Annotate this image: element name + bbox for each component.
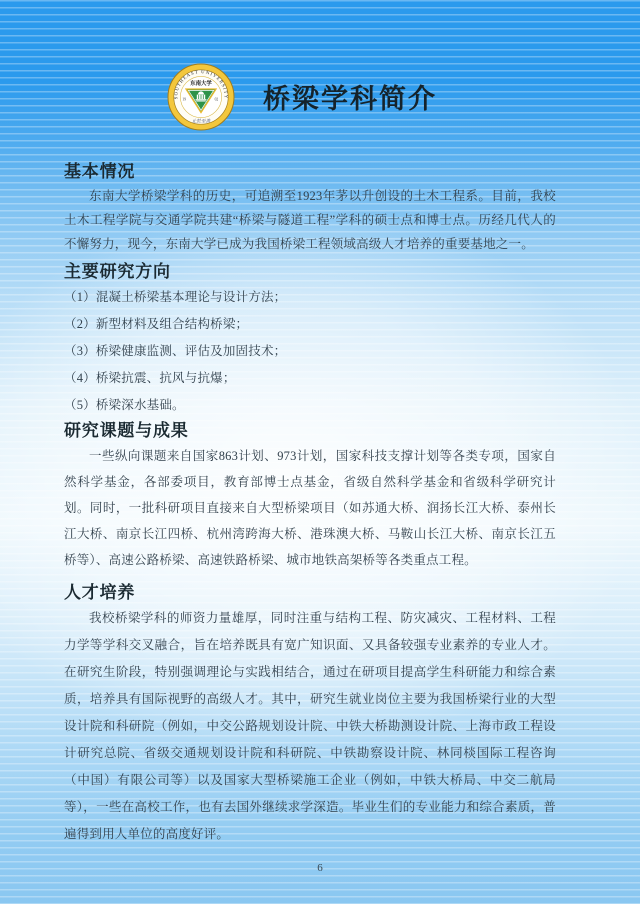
list-item: （4）桥梁抗震、抗风与抗爆；	[64, 365, 556, 392]
seal-year-right: 02	[215, 97, 219, 101]
section-heading-research: 研究课题与成果	[64, 419, 556, 443]
seal-cn-name: 东南大学	[190, 79, 212, 87]
list-item: （2）新型材料及组合结构桥梁；	[64, 311, 556, 338]
seal-year-left: 19	[182, 97, 186, 101]
section-heading-talent: 人才培养	[64, 581, 556, 605]
section-heading-basic: 基本情况	[64, 160, 556, 184]
research-directions-list: （1）混凝土桥梁基本理论与设计方法； （2）新型材料及组合结构桥梁； （3）桥梁…	[64, 284, 556, 419]
paragraph-research: 一些纵向课题来自国家863计划、973计划，国家科技支撑计划等各类专项，国家自然…	[64, 443, 556, 573]
page-title: 桥梁学科简介	[263, 82, 437, 116]
university-seal-logo: SOUTHEAST UNIVERSITY 止於至善 东南大学 19 02	[167, 63, 235, 131]
seal-motto-script: 止於至善	[192, 118, 211, 123]
document-page: SOUTHEAST UNIVERSITY 止於至善 东南大学 19 02 桥梁学…	[0, 0, 640, 904]
list-item: （1）混凝土桥梁基本理论与设计方法；	[64, 284, 556, 311]
list-item: （3）桥梁健康监测、评估及加固技术；	[64, 338, 556, 365]
main-content: 基本情况 东南大学桥梁学科的历史，可追溯至1923年茅以升创设的土木工程系。目前…	[64, 160, 556, 848]
list-item: （5）桥梁深水基础。	[64, 392, 556, 419]
section-heading-directions: 主要研究方向	[64, 260, 556, 284]
page-number: 6	[0, 862, 640, 874]
paragraph-basic: 东南大学桥梁学科的历史，可追溯至1923年茅以升创设的土木工程系。目前，我校土木…	[64, 184, 556, 256]
paragraph-talent: 我校桥梁学科的师资力量雄厚，同时注重与结构工程、防灾减灾、工程材料、工程力学等学…	[64, 605, 556, 848]
